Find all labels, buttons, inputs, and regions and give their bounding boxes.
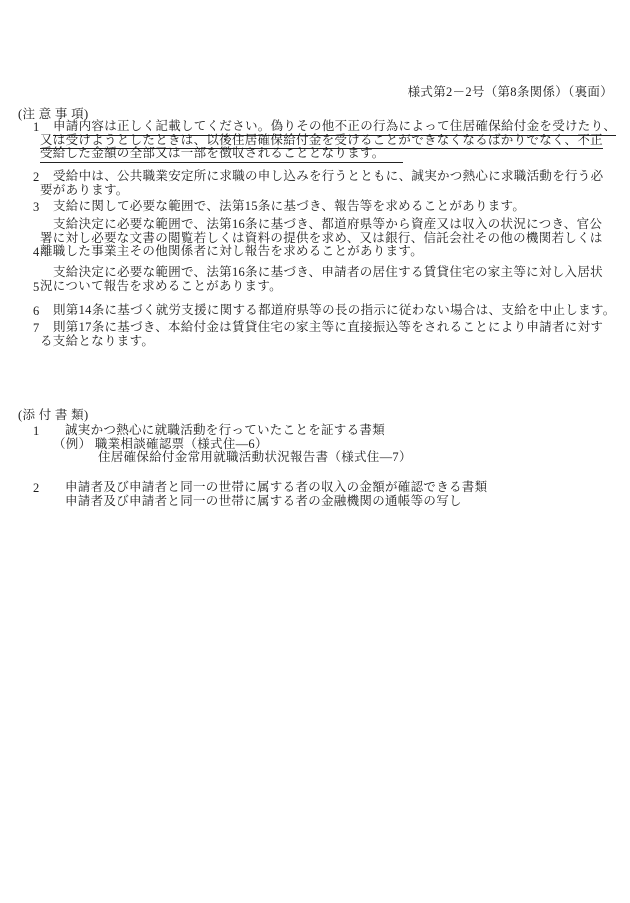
note-text: 要があります。 [40, 183, 129, 197]
note-line: 又は受けようとしたときは、以後住居確保給付金を受けることができなくなるばかりでな… [40, 134, 630, 148]
attachment-text: 誠実かつ熱心に就職活動を行っていたことを証する書類 [65, 423, 385, 437]
note-item-1-number: 1 [33, 121, 40, 135]
note-item-4-number: 4 [33, 246, 40, 260]
attachment-line: 誠実かつ熱心に就職活動を行っていたことを証する書類 [65, 424, 630, 438]
note-text: る支給となります。 [40, 334, 154, 348]
note-item-6-number: 6 [33, 305, 40, 319]
note-line: 則第14条に基づく就労支援に関する都道府県等の長の指示に従わない場合は、支給を中… [40, 304, 630, 318]
attachment-item-2: 2 申請者及び申請者と同一の世帯に属する者の収入の金額が確認できる書類 申請者及… [0, 481, 630, 508]
attachment-line: （例） 職業相談確認票（様式住―6） [53, 438, 630, 452]
attachment-line: 申請者及び申請者と同一の世帯に属する者の収入の金額が確認できる書類 [65, 481, 630, 495]
note-text: 則第17条に基づき、本給付金は賃貸住宅の家主等に直接振込等をされることにより申請… [53, 320, 603, 334]
attachment-line: 申請者及び申請者と同一の世帯に属する者の金融機関の通帳等の写し [65, 495, 630, 509]
note-text: 署に対し必要な文書の閲覧若しくは資料の提供を求め、又は銀行、信託会社その他の機関… [40, 231, 603, 245]
note-text: 況について報告を求めることがあります。 [40, 279, 282, 293]
note-item-6: 6 則第14条に基づく就労支援に関する都道府県等の長の指示に従わない場合は、支給… [0, 304, 630, 318]
attachment-text: 申請者及び申請者と同一の世帯に属する者の金融機関の通帳等の写し [65, 494, 462, 508]
note-line: 況について報告を求めることがあります。 [40, 280, 630, 294]
attachment-line: 住居確保給付金常用就職活動状況報告書（様式住―7） [98, 451, 630, 465]
note-item-4: 4 支給決定に必要な範囲で、法第16条に基づき、都道府県等から資産又は収入の状況… [0, 218, 630, 259]
note-item-7-number: 7 [33, 322, 40, 336]
note-item-3-number: 3 [33, 201, 40, 215]
attachments-section-title: (添 付 書 類) [18, 405, 88, 423]
note-item-5-number: 5 [33, 281, 40, 295]
note-line: 離職した事業主その他関係者に対し報告を求めることがあります。 [40, 245, 630, 259]
note-item-7: 7 則第17条に基づき、本給付金は賃貸住宅の家主等に直接振込等をされることにより… [0, 321, 630, 348]
note-item-2-number: 2 [33, 171, 40, 185]
attachment-text: 住居確保給付金常用就職活動状況報告書（様式住―7） [98, 450, 412, 464]
note-item-3: 3 支給に関して必要な範囲で、法第15条に基づき、報告等を求めることがあります。 [0, 200, 630, 214]
note-text-underlined: 受給した金額の全部又は一部を徴収されることとなります。 [40, 146, 403, 163]
note-text: 受給中は、公共職業安定所に求職の申し込みを行うとともに、誠実かつ熱心に求職活動を… [53, 169, 603, 183]
note-line: 則第17条に基づき、本給付金は賃貸住宅の家主等に直接振込等をされることにより申請… [40, 321, 630, 335]
note-text: 則第14条に基づく就労支援に関する都道府県等の長の指示に従わない場合は、支給を中… [53, 303, 616, 317]
attachment-item-2-number: 2 [33, 482, 40, 496]
note-line: 申請内容は正しく記載してください。偽りその他不正の行為によって住居確保給付金を受… [40, 120, 630, 134]
attachment-text: 申請者及び申請者と同一の世帯に属する者の収入の金額が確認できる書類 [65, 480, 487, 494]
note-line: 支給決定に必要な範囲で、法第16条に基づき、申請者の居住する賃貸住宅の家主等に対… [40, 266, 630, 280]
note-line: 支給決定に必要な範囲で、法第16条に基づき、都道府県等から資産又は収入の状況につ… [40, 218, 630, 232]
note-line: る支給となります。 [40, 335, 630, 349]
document-page: 様式第2－2号（第8条関係）（裏面） (注 意 事 項) 1 申請内容は正しく記… [0, 0, 630, 903]
note-line: 要があります。 [40, 184, 630, 198]
note-text: 支給決定に必要な範囲で、法第16条に基づき、申請者の居住する賃貸住宅の家主等に対… [53, 265, 603, 279]
attachment-text: （例） 職業相談確認票（様式住―6） [53, 437, 268, 451]
note-item-1: 1 申請内容は正しく記載してください。偽りその他不正の行為によって住居確保給付金… [0, 120, 630, 161]
attachment-item-1-number: 1 [33, 425, 40, 439]
note-line: 署に対し必要な文書の閲覧若しくは資料の提供を求め、又は銀行、信託会社その他の機関… [40, 232, 630, 246]
note-line: 支給に関して必要な範囲で、法第15条に基づき、報告等を求めることがあります。 [40, 200, 630, 214]
note-text: 支給に関して必要な範囲で、法第15条に基づき、報告等を求めることがあります。 [53, 199, 525, 213]
note-item-2: 2 受給中は、公共職業安定所に求職の申し込みを行うとともに、誠実かつ熱心に求職活… [0, 170, 630, 197]
note-item-5: 5 支給決定に必要な範囲で、法第16条に基づき、申請者の居住する賃貸住宅の家主等… [0, 266, 630, 293]
attachment-item-1: 1 誠実かつ熱心に就職活動を行っていたことを証する書類 （例） 職業相談確認票（… [0, 424, 630, 465]
form-number-header: 様式第2－2号（第8条関係）（裏面） [408, 82, 613, 100]
note-line: 受給した金額の全部又は一部を徴収されることとなります。 [40, 147, 630, 161]
note-line: 受給中は、公共職業安定所に求職の申し込みを行うとともに、誠実かつ熱心に求職活動を… [40, 170, 630, 184]
note-text: 離職した事業主その他関係者に対し報告を求めることがあります。 [40, 244, 423, 258]
note-text: 支給決定に必要な範囲で、法第16条に基づき、都道府県等から資産又は収入の状況につ… [53, 217, 602, 231]
